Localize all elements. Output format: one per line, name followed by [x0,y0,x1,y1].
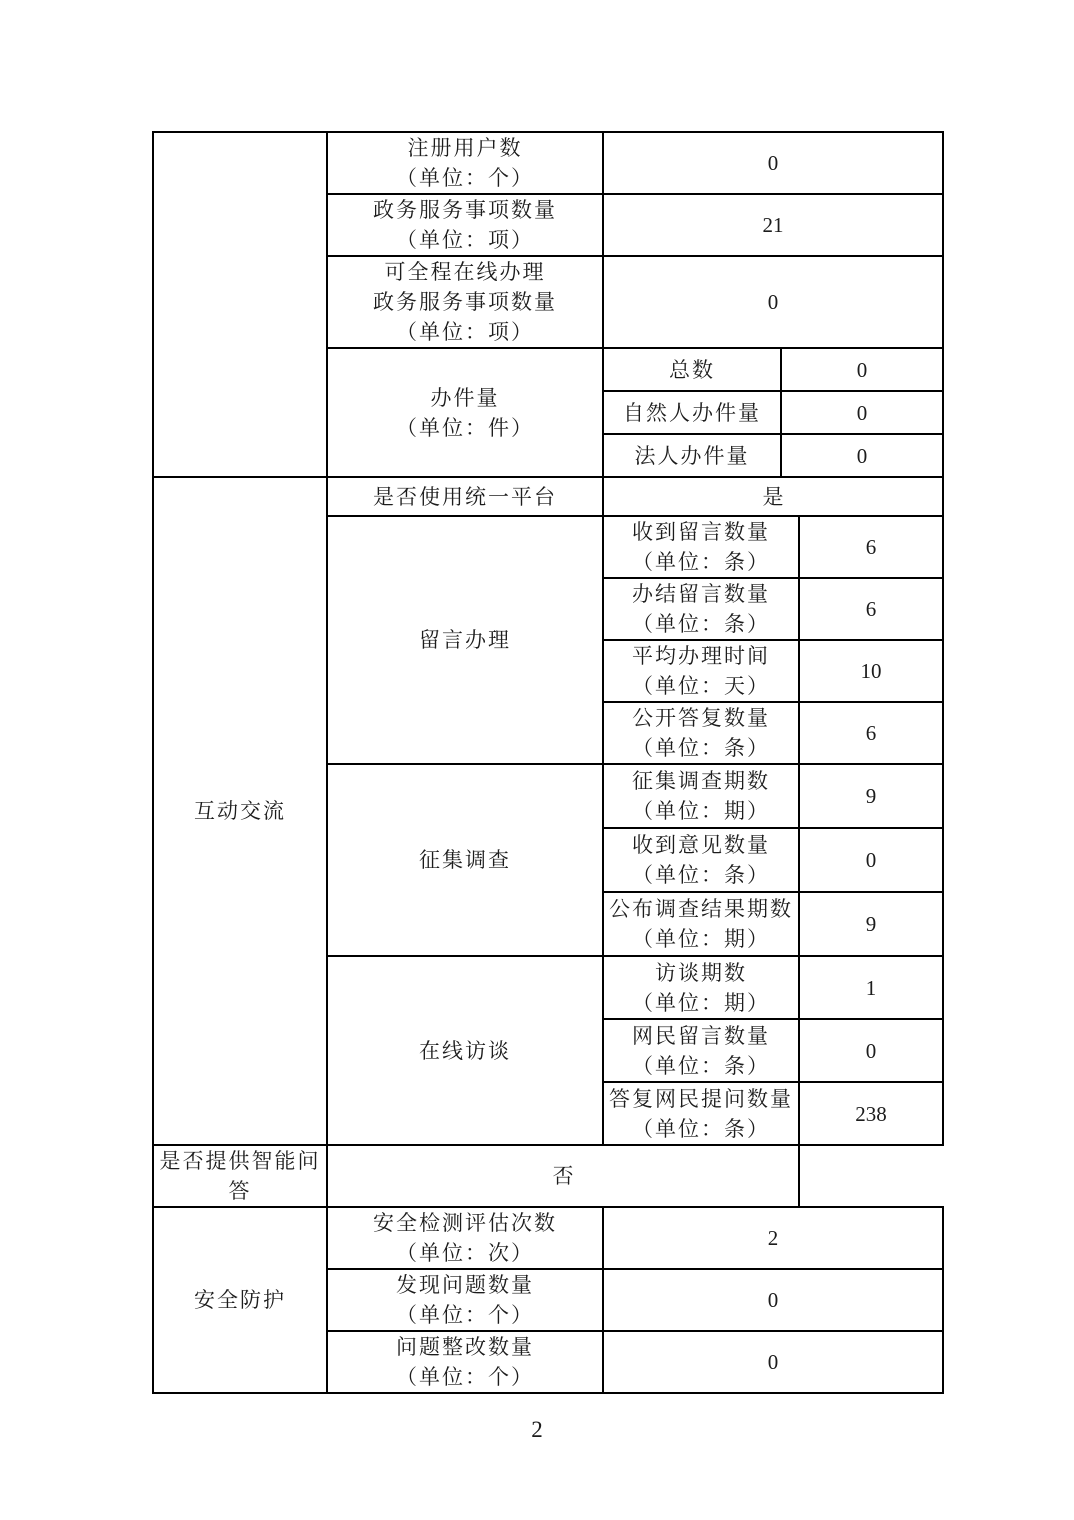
submetric-label-line: 平均办理时间 [604,641,798,671]
submetric-unit-line: （单位：条） [604,733,798,763]
submetric-unit-line: （单位：条） [604,547,798,577]
group-label-cell: 办件量 （单位：件） [327,348,603,477]
value-cell: 238 [799,1082,943,1145]
value-cell: 2 [603,1207,943,1269]
metric-label-line: 安全检测评估次数 [328,1208,602,1238]
submetric-label-cell: 访谈期数 （单位：期） [603,956,799,1019]
report-table: 注册用户数 （单位：个） 0 政务服务事项数量 （单位：项） 21 可全程在线办… [152,131,944,1394]
value-cell: 1 [799,956,943,1019]
metric-unit-line: （单位：项） [328,317,602,347]
group-label-cell: 留言办理 [327,516,603,764]
page-number: 2 [0,1415,1074,1445]
submetric-unit-line: （单位：期） [604,924,798,954]
submetric-label-line: 征集调查期数 [604,766,798,796]
report-page: 注册用户数 （单位：个） 0 政务服务事项数量 （单位：项） 21 可全程在线办… [0,0,1074,1520]
metric-unit-line: （单位：个） [328,1300,602,1330]
submetric-label-line: 公开答复数量 [604,703,798,733]
group-label-cell: 在线访谈 [327,956,603,1145]
value-cell: 是 [603,477,943,516]
value-cell: 9 [799,892,943,956]
value-cell: 21 [603,194,943,256]
metric-label-cell: 是否提供智能问答 [153,1145,327,1207]
submetric-unit-line: （单位：条） [604,1114,798,1144]
submetric-label-cell: 自然人办件量 [603,391,781,434]
submetric-label-cell: 答复网民提问数量 （单位：条） [603,1082,799,1145]
metric-label-line: 注册用户数 [328,133,602,163]
metric-unit-line: （单位：个） [328,163,602,193]
submetric-unit-line: （单位：期） [604,988,798,1018]
value-cell: 0 [781,391,943,434]
metric-unit-line: （单位：项） [328,225,602,255]
value-cell: 0 [603,132,943,194]
category-cell-security: 安全防护 [153,1207,327,1393]
group-label-line: 办件量 [328,383,602,413]
metric-label-cell: 可全程在线办理 政务服务事项数量 （单位：项） [327,256,603,348]
submetric-label-cell: 收到意见数量 （单位：条） [603,828,799,892]
metric-label-line: 政务服务事项数量 [328,287,602,317]
value-cell: 6 [799,578,943,640]
submetric-label-cell: 法人办件量 [603,434,781,477]
submetric-label-line: 公布调查结果期数 [604,894,798,924]
value-cell: 0 [603,256,943,348]
table-row: 是否提供智能问答 否 [153,1145,943,1207]
table-row: 注册用户数 （单位：个） 0 [153,132,943,194]
metric-label-cell: 注册用户数 （单位：个） [327,132,603,194]
value-cell: 0 [603,1331,943,1393]
submetric-label-cell: 收到留言数量 （单位：条） [603,516,799,578]
metric-unit-line: （单位：个） [328,1362,602,1392]
value-cell: 0 [603,1269,943,1331]
metric-label-line: 发现问题数量 [328,1270,602,1300]
submetric-unit-line: （单位：天） [604,671,798,701]
metric-label-line: 问题整改数量 [328,1332,602,1362]
submetric-label-line: 网民留言数量 [604,1021,798,1051]
group-unit-line: （单位：件） [328,413,602,443]
submetric-label-cell: 办结留言数量 （单位：条） [603,578,799,640]
metric-label-line: 可全程在线办理 [328,257,602,287]
submetric-label-cell: 总数 [603,348,781,391]
metric-label-cell: 安全检测评估次数 （单位：次） [327,1207,603,1269]
metric-label-cell: 是否使用统一平台 [327,477,603,516]
metric-label-cell: 问题整改数量 （单位：个） [327,1331,603,1393]
submetric-label-cell: 平均办理时间 （单位：天） [603,640,799,702]
value-cell: 否 [327,1145,799,1207]
metric-label-cell: 政务服务事项数量 （单位：项） [327,194,603,256]
group-label-cell: 征集调查 [327,764,603,956]
metric-unit-line: （单位：次） [328,1238,602,1268]
metric-label-line: 政务服务事项数量 [328,195,602,225]
submetric-label-cell: 网民留言数量 （单位：条） [603,1019,799,1082]
submetric-label-line: 访谈期数 [604,958,798,988]
value-cell: 6 [799,516,943,578]
submetric-label-line: 收到留言数量 [604,517,798,547]
submetric-label-cell: 公开答复数量 （单位：条） [603,702,799,764]
value-cell: 0 [781,348,943,391]
table-row: 互动交流 是否使用统一平台 是 [153,477,943,516]
value-cell: 0 [799,828,943,892]
submetric-unit-line: （单位：期） [604,796,798,826]
submetric-label-line: 收到意见数量 [604,830,798,860]
submetric-label-cell: 征集调查期数 （单位：期） [603,764,799,828]
category-cell-interaction: 互动交流 [153,477,327,1145]
value-cell: 6 [799,702,943,764]
table-row: 安全防护 安全检测评估次数 （单位：次） 2 [153,1207,943,1269]
value-cell: 0 [799,1019,943,1082]
submetric-label-line: 办结留言数量 [604,579,798,609]
category-cell-continued [153,132,327,477]
metric-label-cell: 发现问题数量 （单位：个） [327,1269,603,1331]
value-cell: 0 [781,434,943,477]
submetric-unit-line: （单位：条） [604,609,798,639]
submetric-label-line: 答复网民提问数量 [604,1084,798,1114]
value-cell: 9 [799,764,943,828]
submetric-unit-line: （单位：条） [604,1051,798,1081]
submetric-label-cell: 公布调查结果期数 （单位：期） [603,892,799,956]
submetric-unit-line: （单位：条） [604,860,798,890]
value-cell: 10 [799,640,943,702]
